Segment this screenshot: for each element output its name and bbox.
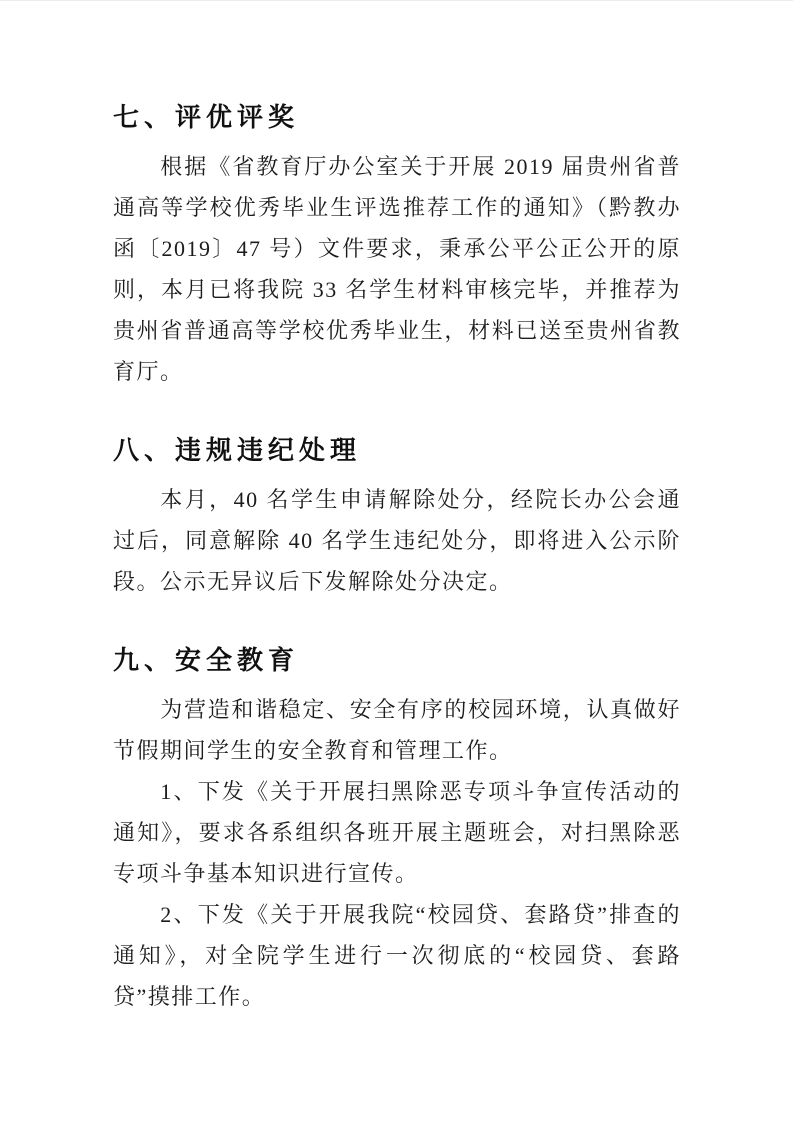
section-heading-safety-education: 九、安全教育 (113, 643, 681, 677)
paragraph: 为营造和谐稳定、安全有序的校园环境，认真做好节假期间学生的安全教育和管理工作。 (113, 689, 681, 771)
section-heading-discipline: 八、违规违纪处理 (113, 433, 681, 467)
document-content: 七、评优评奖 根据《省教育厅办公室关于开展 2019 届贵州省普通高等学校优秀毕… (113, 100, 681, 1017)
paragraph: 2、下发《关于开展我院“校园贷、套路贷”排查的通知》，对全院学生进行一次彻底的“… (113, 894, 681, 1017)
section-discipline: 八、违规违纪处理 本月，40 名学生申请解除处分，经院长办公会通过后，同意解除 … (113, 433, 681, 602)
section-heading-awards: 七、评优评奖 (113, 100, 681, 134)
section-safety-education: 九、安全教育 为营造和谐稳定、安全有序的校园环境，认真做好节假期间学生的安全教育… (113, 643, 681, 1017)
paragraph: 1、下发《关于开展扫黑除恶专项斗争宣传活动的通知》，要求各系组织各班开展主题班会… (113, 771, 681, 894)
paragraph: 本月，40 名学生申请解除处分，经院长办公会通过后，同意解除 40 名学生违纪处… (113, 479, 681, 602)
section-awards: 七、评优评奖 根据《省教育厅办公室关于开展 2019 届贵州省普通高等学校优秀毕… (113, 100, 681, 392)
document-page: 七、评优评奖 根据《省教育厅办公室关于开展 2019 届贵州省普通高等学校优秀毕… (0, 0, 793, 1122)
paragraph: 根据《省教育厅办公室关于开展 2019 届贵州省普通高等学校优秀毕业生评选推荐工… (113, 146, 681, 392)
